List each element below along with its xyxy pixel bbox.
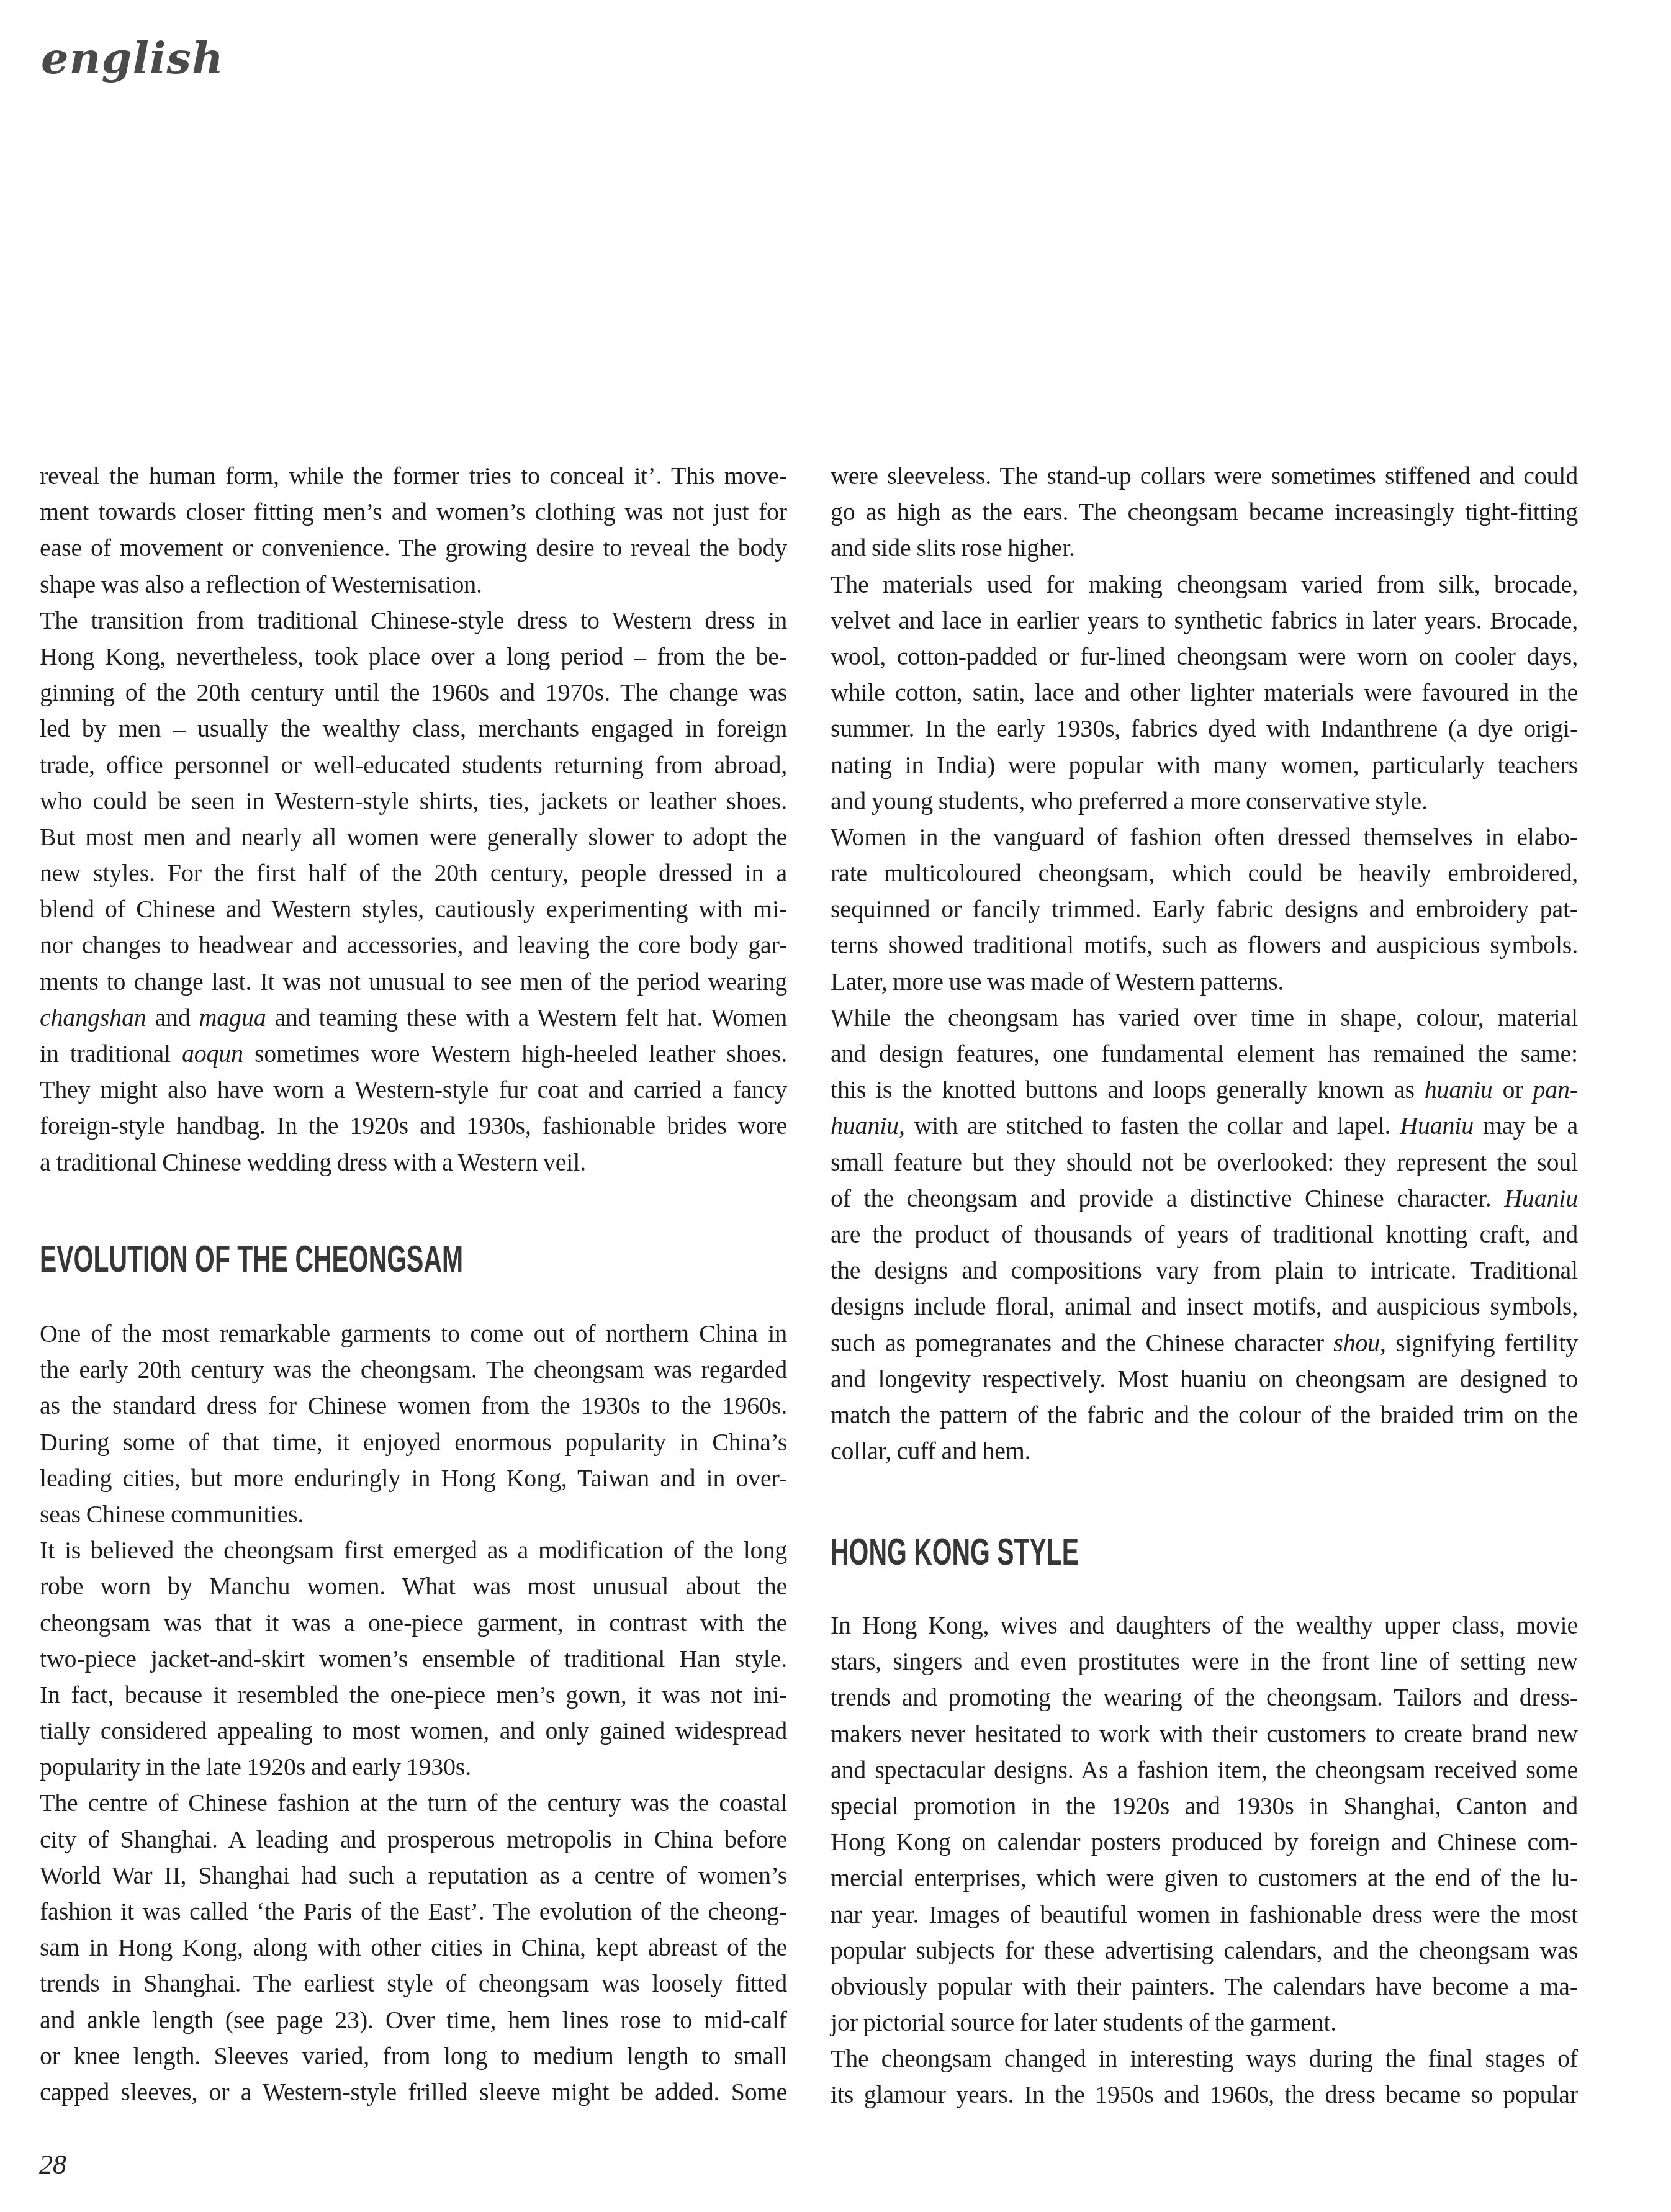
text-line: and longevity respectively. Most huaniu … xyxy=(831,1361,1578,1397)
text-line: While the cheongsam has varied over time… xyxy=(831,1000,1578,1036)
text-run: The centre of Chinese fashion at the tur… xyxy=(40,1789,787,1817)
text-line: cheongsam was that it was a one-piece ga… xyxy=(40,1605,787,1641)
text-line: rate multicoloured cheongsam, which coul… xyxy=(831,855,1578,891)
text-line: huaniu, with are stitched to fasten the … xyxy=(831,1108,1578,1144)
text-run: reveal the human form, while the former … xyxy=(40,462,787,490)
text-run: velvet and lace in earlier years to synt… xyxy=(831,606,1578,634)
text-run: cheongsam was that it was a one-piece ga… xyxy=(40,1609,787,1637)
text-line: reveal the human form, while the former … xyxy=(40,458,787,494)
text-line: nar year. Images of beautiful women in f… xyxy=(831,1897,1578,1933)
text-run: who could be seen in Western-style shirt… xyxy=(40,787,787,815)
heading-evolution-of-the-cheongsam: EVOLUTION OF THE CHEONGSAM xyxy=(40,1240,463,1279)
text-run: led by men – usually the wealthy class, … xyxy=(40,714,787,742)
text-line: led by men – usually the wealthy class, … xyxy=(40,711,787,747)
text-line: who could be seen in Western-style shirt… xyxy=(40,783,787,819)
text-line: nating in India) were popular with many … xyxy=(831,747,1578,783)
text-line: of the cheongsam and provide a distincti… xyxy=(831,1180,1578,1216)
italic-term: shou xyxy=(1333,1329,1380,1357)
text-line: tially considered appealing to most wome… xyxy=(40,1713,787,1749)
text-line: the designs and compositions vary from p… xyxy=(831,1252,1578,1288)
text-line: During some of that time, it enjoyed eno… xyxy=(40,1424,787,1460)
text-line: mercial enterprises, which were given to… xyxy=(831,1860,1578,1896)
text-line: popular subjects for these advertising c… xyxy=(831,1933,1578,1969)
text-run: a traditional Chinese wedding dress with… xyxy=(40,1148,586,1176)
text-run: In fact, because it resembled the one-pi… xyxy=(40,1681,787,1709)
text-run: two-piece jacket-and-skirt women’s ensem… xyxy=(40,1645,787,1673)
text-line: collar, cuff and hem. xyxy=(831,1433,1578,1469)
text-run: the designs and compositions vary from p… xyxy=(831,1256,1578,1284)
text-line: Hong Kong on calendar posters produced b… xyxy=(831,1824,1578,1860)
text-run: One of the most remarkable garments to c… xyxy=(40,1320,787,1347)
text-run: wool, cotton-padded or fur-lined cheongs… xyxy=(831,642,1578,670)
text-line: seas Chinese communities. xyxy=(40,1496,787,1532)
text-run: city of Shanghai. A leading and prospero… xyxy=(40,1825,787,1853)
text-run: or knee length. Sleeves varied, from lon… xyxy=(40,2042,787,2070)
text-line: stars, singers and even prostitutes were… xyxy=(831,1643,1578,1679)
text-run: Women in the vanguard of fashion often d… xyxy=(831,823,1578,851)
text-line: shape was also a reflection of Westernis… xyxy=(40,567,787,603)
left-text-block-1: reveal the human form, while the former … xyxy=(40,458,787,1180)
text-line: were sleeveless. The stand-up collars we… xyxy=(831,458,1578,494)
text-run: blend of Chinese and Western styles, cau… xyxy=(40,895,787,923)
text-run: While the cheongsam has varied over time… xyxy=(831,1004,1578,1032)
text-line: go as high as the ears. The cheongsam be… xyxy=(831,494,1578,530)
text-line: leading cities, but more enduringly in H… xyxy=(40,1460,787,1496)
text-run: its glamour years. In the 1950s and 1960… xyxy=(831,2080,1578,2108)
text-run: and side slits rose higher. xyxy=(831,534,1075,562)
italic-term: huaniu xyxy=(831,1112,899,1140)
heading-hong-kong-style: HONG KONG STYLE xyxy=(831,1533,1079,1571)
text-run: small feature but they should not be ove… xyxy=(831,1148,1578,1176)
text-line: The centre of Chinese fashion at the tur… xyxy=(40,1785,787,1821)
text-run: sequinned or fancily trimmed. Early fabr… xyxy=(831,895,1578,923)
text-run: terns showed traditional motifs, such as… xyxy=(831,931,1578,959)
text-line: and ankle length (see page 23). Over tim… xyxy=(40,2002,787,2038)
text-line: nor changes to headwear and accessories,… xyxy=(40,927,787,963)
text-line: trends and promoting the wearing of the … xyxy=(831,1679,1578,1715)
text-line: trade, office personnel or well-educated… xyxy=(40,747,787,783)
text-line: designs include floral, animal and insec… xyxy=(831,1288,1578,1324)
text-line: But most men and nearly all women were g… xyxy=(40,819,787,855)
text-run: while cotton, satin, lace and other ligh… xyxy=(831,678,1578,706)
text-line: robe worn by Manchu women. What was most… xyxy=(40,1568,787,1604)
text-run: this is the knotted buttons and loops ge… xyxy=(831,1076,1425,1104)
text-line: as the standard dress for Chinese women … xyxy=(40,1388,787,1424)
text-run: It is believed the cheongsam first emerg… xyxy=(40,1536,787,1564)
text-run: ment towards closer fitting men’s and wo… xyxy=(40,498,787,526)
page-number: 28 xyxy=(39,2149,66,2180)
italic-term: magua xyxy=(199,1004,266,1032)
text-line: Women in the vanguard of fashion often d… xyxy=(831,819,1578,855)
text-line: makers never hesitated to work with thei… xyxy=(831,1716,1578,1752)
right-text-block-1: were sleeveless. The stand-up collars we… xyxy=(831,458,1578,1469)
italic-term: aoqun xyxy=(182,1040,243,1068)
italic-term: Huaniu xyxy=(1504,1184,1578,1212)
text-run: nar year. Images of beautiful women in f… xyxy=(831,1900,1578,1928)
text-run: and spectacular designs. As a fashion it… xyxy=(831,1756,1578,1784)
italic-term: huaniu xyxy=(1425,1076,1493,1104)
text-run: and design features, one fundamental ele… xyxy=(831,1040,1578,1068)
text-run: They might also have worn a Western-styl… xyxy=(40,1076,787,1104)
text-run: in traditional xyxy=(40,1040,182,1068)
text-run: trends in Shanghai. The earliest style o… xyxy=(40,1969,787,1997)
text-line: sam in Hong Kong, along with other citie… xyxy=(40,1930,787,1966)
text-run: such as pomegranates and the Chinese cha… xyxy=(831,1329,1333,1357)
text-line: changshan and magua and teaming these wi… xyxy=(40,1000,787,1036)
text-line: Hong Kong, nevertheless, took place over… xyxy=(40,639,787,675)
text-line: the early 20th century was the cheongsam… xyxy=(40,1352,787,1388)
text-run: , with are stitched to fasten the collar… xyxy=(899,1112,1400,1140)
text-run: stars, singers and even prostitutes were… xyxy=(831,1647,1578,1675)
text-run: During some of that time, it enjoyed eno… xyxy=(40,1428,787,1456)
text-line: and young students, who preferred a more… xyxy=(831,783,1578,819)
text-run: Hong Kong, nevertheless, took place over… xyxy=(40,642,787,670)
text-line: are the product of thousands of years of… xyxy=(831,1216,1578,1252)
text-line: Later, more use was made of Western patt… xyxy=(831,964,1578,1000)
text-run: may be a xyxy=(1474,1112,1578,1140)
text-run: tially considered appealing to most wome… xyxy=(40,1717,787,1745)
text-run: nor changes to headwear and accessories,… xyxy=(40,931,787,959)
text-run: shape was also a reflection of Westernis… xyxy=(40,570,482,598)
text-line: its glamour years. In the 1950s and 1960… xyxy=(831,2077,1578,2113)
text-run: were sleeveless. The stand-up collars we… xyxy=(831,462,1578,490)
left-text-block-2: One of the most remarkable garments to c… xyxy=(40,1316,787,2110)
text-run: The transition from traditional Chinese-… xyxy=(40,606,787,634)
text-run: , signifying fertility xyxy=(1380,1329,1578,1357)
text-line: The transition from traditional Chinese-… xyxy=(40,603,787,639)
text-line: or knee length. Sleeves varied, from lon… xyxy=(40,2038,787,2074)
text-run: or xyxy=(1493,1076,1533,1104)
text-line: this is the knotted buttons and loops ge… xyxy=(831,1072,1578,1108)
text-run: popular subjects for these advertising c… xyxy=(831,1936,1578,1964)
text-run: In Hong Kong, wives and daughters of the… xyxy=(831,1611,1578,1639)
text-line: obviously popular with their painters. T… xyxy=(831,1969,1578,2005)
text-line: World War II, Shanghai had such a reputa… xyxy=(40,1858,787,1894)
text-line: two-piece jacket-and-skirt women’s ensem… xyxy=(40,1641,787,1677)
text-line: In fact, because it resembled the one-pi… xyxy=(40,1677,787,1713)
text-line: trends in Shanghai. The earliest style o… xyxy=(40,1966,787,2002)
text-line: city of Shanghai. A leading and prospero… xyxy=(40,1822,787,1858)
text-run: ease of movement or convenience. The gro… xyxy=(40,534,787,562)
text-line: The cheongsam changed in interesting way… xyxy=(831,2041,1578,2077)
text-line: and spectacular designs. As a fashion it… xyxy=(831,1752,1578,1788)
text-line: in traditional aoqun sometimes wore West… xyxy=(40,1036,787,1072)
italic-term: Huaniu xyxy=(1400,1112,1474,1140)
text-run: trends and promoting the wearing of the … xyxy=(831,1683,1578,1711)
text-line: The materials used for making cheongsam … xyxy=(831,567,1578,603)
text-run: and teaming these with a Western felt ha… xyxy=(266,1004,788,1032)
text-run: capped sleeves, or a Western-style frill… xyxy=(40,2078,787,2106)
text-run: new styles. For the first half of the 20… xyxy=(40,859,787,887)
text-run: popularity in the late 1920s and early 1… xyxy=(40,1753,471,1781)
text-run: sam in Hong Kong, along with other citie… xyxy=(40,1933,787,1961)
text-run: World War II, Shanghai had such a reputa… xyxy=(40,1861,787,1889)
text-run: robe worn by Manchu women. What was most… xyxy=(40,1572,787,1600)
text-line: summer. In the early 1930s, fabrics dyed… xyxy=(831,711,1578,747)
text-line: capped sleeves, or a Western-style frill… xyxy=(40,2074,787,2110)
italic-term: pan- xyxy=(1533,1076,1578,1104)
text-run: special promotion in the 1920s and 1930s… xyxy=(831,1792,1578,1820)
text-run: foreign-style handbag. In the 1920s and … xyxy=(40,1112,787,1140)
text-line: special promotion in the 1920s and 1930s… xyxy=(831,1788,1578,1824)
text-run: and xyxy=(146,1004,199,1032)
right-text-block-2: In Hong Kong, wives and daughters of the… xyxy=(831,1607,1578,2113)
text-line: fashion it was called ‘the Paris of the … xyxy=(40,1894,787,1930)
section-label: english xyxy=(41,32,224,84)
text-run: Hong Kong on calendar posters produced b… xyxy=(831,1828,1578,1856)
text-run: rate multicoloured cheongsam, which coul… xyxy=(831,859,1578,887)
text-run: obviously popular with their painters. T… xyxy=(831,1972,1578,2000)
text-run: Later, more use was made of Western patt… xyxy=(831,968,1284,996)
text-line: It is believed the cheongsam first emerg… xyxy=(40,1532,787,1568)
text-run: nating in India) were popular with many … xyxy=(831,751,1578,779)
text-line: popularity in the late 1920s and early 1… xyxy=(40,1749,787,1785)
text-run: of the cheongsam and provide a distincti… xyxy=(831,1184,1504,1212)
text-run: the early 20th century was the cheongsam… xyxy=(40,1356,787,1383)
text-line: blend of Chinese and Western styles, cau… xyxy=(40,891,787,927)
italic-term: changshan xyxy=(40,1004,146,1032)
text-line: wool, cotton-padded or fur-lined cheongs… xyxy=(831,639,1578,675)
text-run: as the standard dress for Chinese women … xyxy=(40,1391,787,1419)
text-run: and longevity respectively. Most huaniu … xyxy=(831,1365,1578,1393)
text-run: makers never hesitated to work with thei… xyxy=(831,1720,1578,1748)
text-line: such as pomegranates and the Chinese cha… xyxy=(831,1325,1578,1361)
text-line: One of the most remarkable garments to c… xyxy=(40,1316,787,1352)
text-run: The cheongsam changed in interesting way… xyxy=(831,2044,1578,2072)
text-line: sequinned or fancily trimmed. Early fabr… xyxy=(831,891,1578,927)
text-line: and design features, one fundamental ele… xyxy=(831,1036,1578,1072)
text-run: The materials used for making cheongsam … xyxy=(831,570,1578,598)
text-run: sometimes wore Western high-heeled leath… xyxy=(243,1040,787,1068)
text-run: trade, office personnel or well-educated… xyxy=(40,751,787,779)
text-run: ginning of the 20th century until the 19… xyxy=(40,678,787,706)
text-run: ments to change last. It was not unusual… xyxy=(40,968,787,996)
text-line: ease of movement or convenience. The gro… xyxy=(40,530,787,566)
text-run: designs include floral, animal and insec… xyxy=(831,1292,1578,1320)
text-run: jor pictorial source for later students … xyxy=(831,2008,1336,2036)
text-line: foreign-style handbag. In the 1920s and … xyxy=(40,1108,787,1144)
text-line: new styles. For the first half of the 20… xyxy=(40,855,787,891)
text-run: and young students, who preferred a more… xyxy=(831,787,1428,815)
text-run: seas Chinese communities. xyxy=(40,1500,304,1528)
text-line: terns showed traditional motifs, such as… xyxy=(831,927,1578,963)
text-line: ginning of the 20th century until the 19… xyxy=(40,675,787,711)
text-line: ment towards closer fitting men’s and wo… xyxy=(40,494,787,530)
text-line: and side slits rose higher. xyxy=(831,530,1578,566)
text-run: go as high as the ears. The cheongsam be… xyxy=(831,498,1578,526)
text-run: But most men and nearly all women were g… xyxy=(40,823,787,851)
text-line: match the pattern of the fabric and the … xyxy=(831,1397,1578,1433)
text-line: velvet and lace in earlier years to synt… xyxy=(831,603,1578,639)
text-run: fashion it was called ‘the Paris of the … xyxy=(40,1897,787,1925)
text-line: jor pictorial source for later students … xyxy=(831,2005,1578,2041)
text-run: and ankle length (see page 23). Over tim… xyxy=(40,2006,787,2034)
text-line: In Hong Kong, wives and daughters of the… xyxy=(831,1607,1578,1643)
text-run: mercial enterprises, which were given to… xyxy=(831,1864,1578,1892)
text-line: ments to change last. It was not unusual… xyxy=(40,964,787,1000)
text-line: while cotton, satin, lace and other ligh… xyxy=(831,675,1578,711)
text-line: a traditional Chinese wedding dress with… xyxy=(40,1144,787,1180)
text-line: small feature but they should not be ove… xyxy=(831,1144,1578,1180)
text-run: leading cities, but more enduringly in H… xyxy=(40,1464,787,1492)
text-run: match the pattern of the fabric and the … xyxy=(831,1401,1578,1429)
text-line: They might also have worn a Western-styl… xyxy=(40,1072,787,1108)
text-run: are the product of thousands of years of… xyxy=(831,1220,1578,1248)
text-run: summer. In the early 1930s, fabrics dyed… xyxy=(831,714,1578,742)
text-run: collar, cuff and hem. xyxy=(831,1437,1031,1465)
